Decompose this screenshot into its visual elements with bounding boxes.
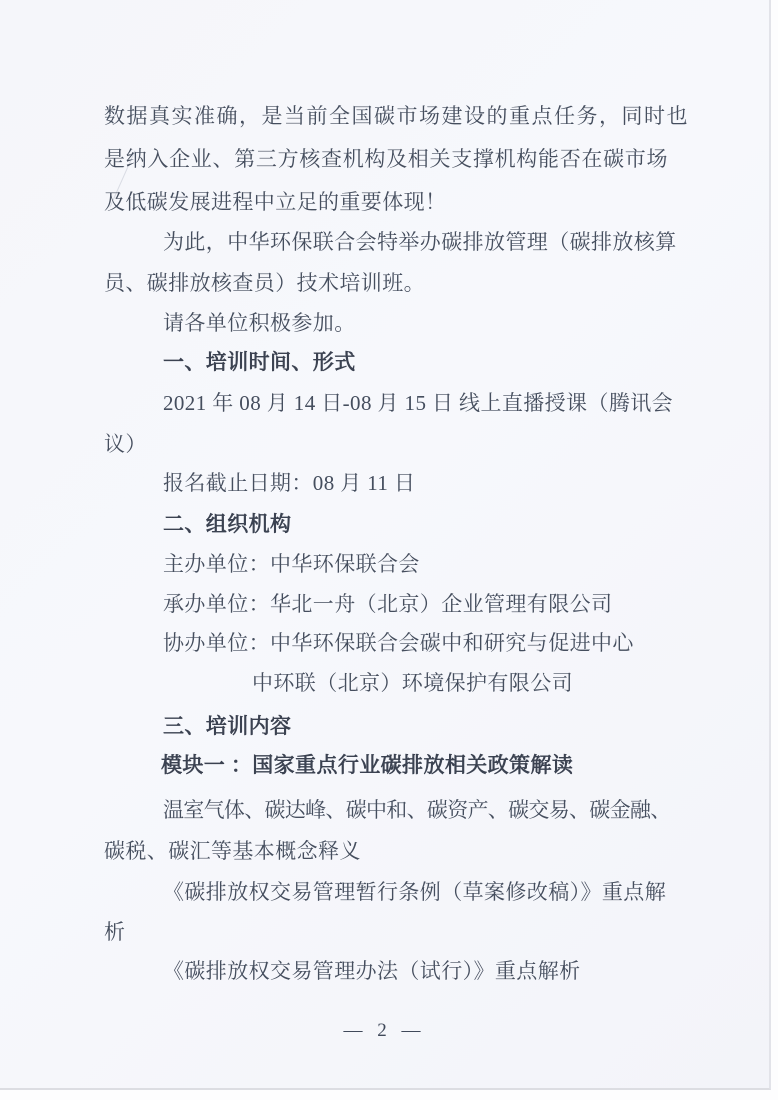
body-text-line: 碳税、碳汇等基本概念释义: [104, 838, 361, 864]
body-text-line-co-organizer-unit-2: 中环联（北京）环境保护有限公司: [252, 670, 573, 696]
body-text-line: 请各单位积极参加。: [163, 310, 356, 336]
body-text-line-host-unit: 主办单位：中华环保联合会: [163, 551, 420, 577]
body-text-line-co-organizer-unit: 协办单位：中华环保联合会碳中和研究与促进中心: [163, 630, 634, 656]
section-heading-training-content: 三、培训内容: [163, 713, 291, 739]
body-text-line: 及低碳发展进程中立足的重要体现！: [104, 189, 446, 215]
body-text-line: 温室气体、碳达峰、碳中和、碳资产、碳交易、碳金融、: [163, 797, 671, 823]
body-text-line: 是纳入企业、第三方核查机构及相关支撑机构能否在碳市场: [104, 146, 668, 172]
section-heading-organizations: 二、组织机构: [163, 511, 291, 537]
body-text-line: 析: [104, 919, 125, 945]
section-heading-training-time: 一、培训时间、形式: [163, 349, 356, 375]
page-background: 数据真实准确，是当前全国碳市场建设的重点任务，同时也 是纳入企业、第三方核查机构…: [0, 0, 771, 1090]
body-text-line: 《碳排放权交易管理暂行条例（草案修改稿）》重点解: [163, 879, 666, 905]
body-text-line-registration-deadline: 报名截止日期：08 月 11 日: [163, 470, 415, 496]
module-one-heading: 模块一 ：国家重点行业碳排放相关政策解读: [161, 752, 573, 778]
body-text-line: 议）: [104, 431, 147, 457]
body-text-line: 员、碳排放核查员）技术培训班。: [104, 270, 425, 296]
page-number: — 2 —: [0, 1020, 769, 1042]
body-text-line-training-date: 2021 年 08 月 14 日-08 月 15 日 线上直播授课（腾讯会: [163, 390, 673, 416]
body-text-line-organizer-unit: 承办单位：华北一舟（北京）企业管理有限公司: [163, 591, 612, 617]
scanned-document-page: 数据真实准确，是当前全国碳市场建设的重点任务，同时也 是纳入企业、第三方核查机构…: [0, 0, 778, 1100]
body-text-line: 数据真实准确，是当前全国碳市场建设的重点任务，同时也: [104, 103, 689, 129]
body-text-line: 为此，中华环保联合会特举办碳排放管理（碳排放核算: [163, 229, 677, 255]
body-text-line: 《碳排放权交易管理办法（试行）》重点解析: [163, 958, 581, 984]
